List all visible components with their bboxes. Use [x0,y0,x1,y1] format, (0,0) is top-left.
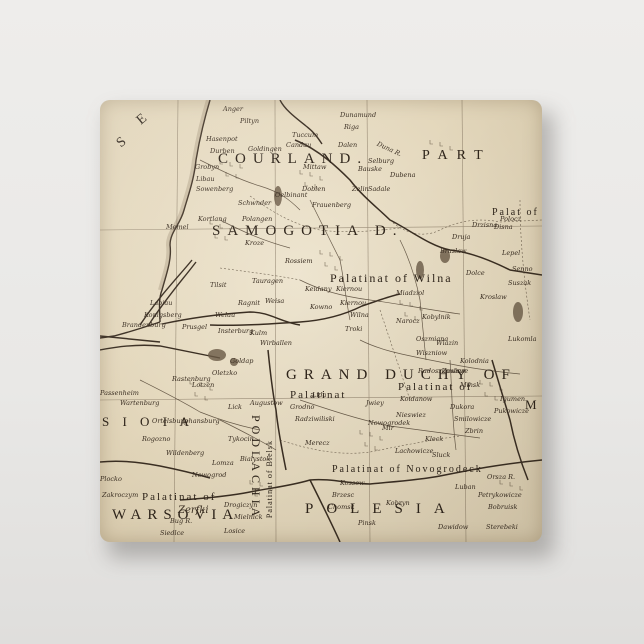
place-riga: Riga [344,124,359,131]
place-sterebeki: Sterebeki [486,524,518,531]
place-lepel: Lepel [502,250,520,257]
place-dunamund: Dunamund [340,112,376,119]
place-losice: Losice [224,528,245,535]
place-durben: Durben [210,148,235,155]
place-zerfki: Zerfki [178,506,209,516]
palatinate-wilna: Palatinat of Wilna [330,272,453,284]
place-druja: Druja [452,234,470,241]
place-prusgel: Prusgel [182,324,207,331]
place-tuccum: Tuccum [292,132,318,139]
place-goldingen: Goldingen [248,146,282,153]
place-disna: Disna [494,224,513,231]
place-merecz: Merecz [305,440,330,447]
place-wirballen: Wirballen [260,340,292,347]
place-labiau: Labiau [150,300,173,307]
place-pukowicze: Pukowicze [494,408,529,415]
place-rossiem: Rossiem [285,258,313,265]
place-schwnder: Schwnder [238,200,271,207]
river-orsza: Orsza R. [487,474,515,481]
place-kortlang: Kortlang [198,216,227,223]
place-tykocin: Tykocin [228,436,254,443]
place-polocz: Polocz [500,216,521,223]
place-selburg: Selburg [368,158,394,165]
place-senno: Senno [512,266,533,273]
place-insterburg: Insterburg [218,328,253,335]
place-nowogrod: Nowogrod [192,472,226,479]
place-mielnick: Mielnick [234,514,263,521]
place-lick: Lick [228,404,242,411]
place-braslaw: Braslaw [440,248,467,255]
place-lida: Lida [312,392,326,399]
place-dawidow: Dawidow [438,524,468,531]
place-wiazin: Wiazin [436,340,458,347]
place-brandenburg: Brandenburg [122,322,166,329]
place-frauenberg: Frauenberg [312,202,351,209]
place-narocz: Narocz [396,318,420,325]
place-radziwiliski: Radziwiliski [295,416,335,423]
place-kowno: Kowno [310,304,332,311]
river-bug: Bug R. [170,518,192,525]
place-piltyn: Piltyn [240,118,259,125]
place-mittaw: Mittaw [303,164,326,171]
place-drogiczyn: Drogiczyn [224,502,257,509]
place-brzesc: Brzesc [332,492,354,499]
place-ragnit: Ragnit [238,300,260,307]
place-wiszniow: Wiszniow [416,350,447,357]
place-lotzen: Lotzen [192,382,214,389]
map-button: S E COURLAND. SAMOGOTIA D. GRAND DUCHY O… [100,100,542,542]
place-siedlce: Siedlce [160,530,184,537]
place-pinsk: Pinsk [358,520,376,527]
place-kulm: Kulm [250,330,267,337]
place-kleck: Kleck [425,436,443,443]
place-koidanow: Koidanow [400,396,432,403]
place-kroslaw: Kroslaw [480,294,507,301]
region-samogotia: SAMOGOTIA D. [212,224,404,239]
place-hasenpot: Hasenpot [206,136,238,143]
place-igumen: Igumen [500,396,525,403]
place-miadziol: Miadziol [396,290,424,297]
place-nieswiez: Nieswiez [396,412,426,419]
palatinate-novogrodeck: Palatinat of Novogrodeck [332,465,483,475]
place-nowogrodek: Nowogrodek [368,420,410,427]
place-libau: Libau [196,176,215,183]
place-kobryn: Kobryn [386,500,410,507]
place-grodno: Grodno [290,404,314,411]
region-partie: PART [422,149,492,163]
palatinate-bielsk: Palatinat of Bielsk [266,440,274,518]
place-zelin: Zelin [352,186,369,193]
place-wilna: Wilna [350,312,369,319]
place-troki: Troki [345,326,362,333]
place-polangen: Polangen [242,216,272,223]
place-kiernou: Kiernou [340,300,366,307]
place-oelbinant: Oelbinant [275,192,307,199]
place-jwiey: Jwiey [366,400,384,407]
place-konigsberg: Konigsberg [144,312,182,319]
place-kobylnik: Kobylnik [422,314,451,321]
place-kolodnia: Kolodnia [460,358,489,365]
place-tilsit: Tilsit [210,282,227,289]
place-welau: Welau [215,312,235,319]
region-courland: COURLAND. [218,152,368,167]
place-wildenberg: Wildenberg [166,450,204,457]
place-rogozno: Rogozno [142,436,170,443]
place-kiernou-2: Kiernou [336,286,362,293]
place-dalen: Dalen [338,142,357,149]
place-grobyn: Grobyn [195,164,219,171]
place-candau: Candau [286,142,311,149]
place-bobruisk: Bobruisk [488,504,518,511]
place-luban: Luban [455,484,476,491]
place-suszak: Suszak [508,280,531,287]
place-zakroczym: Zakroczym [102,492,138,499]
place-sowenberg: Sowenberg [196,186,233,193]
place-goldap: Goldap [230,358,253,365]
place-augustow: Augustow [250,400,283,407]
place-passenheim: Passenheim [100,390,139,397]
place-weisa: Weisa [265,298,284,305]
place-lukomla: Lukomla [508,336,536,343]
place-wartenburg: Wartenburg [120,400,159,407]
place-zbrin: Zbrin [465,428,483,435]
place-bialystok: Bialystok [240,456,270,463]
place-smilowicze: Smilowicze [454,416,491,423]
place-minsk: Minsk [460,382,480,389]
place-tauragen: Tauragen [252,278,283,285]
place-dukora: Dukora [450,404,474,411]
place-ortelsburg: Ortelsburg [152,418,188,425]
place-kroze: Kroze [245,240,264,247]
place-anger: Anger [223,106,243,113]
place-keidany: Keidany [305,286,332,293]
place-plocko: Plocko [100,476,122,483]
place-radoszkowicze: Radoszkowicze [418,368,468,375]
place-dolce: Dolce [466,270,485,277]
palatinate-warsovia: Palatinat of [142,492,216,503]
place-sluck: Sluck [432,452,450,459]
place-dubena: Dubena [390,172,415,179]
place-lomza: Lomza [212,460,234,467]
place-chomsk: Chomsk [328,504,355,511]
place-petrykowicze: Petrykowicze [478,492,522,499]
place-kossow: Kossow [340,480,365,487]
place-oletzko: Oletzko [212,370,237,377]
place-memel: Memel [166,224,189,231]
place-lachowicze: Lachowicze [395,448,434,455]
place-bauske: Bauske [358,166,382,173]
place-sadale: Sadale [368,186,390,193]
